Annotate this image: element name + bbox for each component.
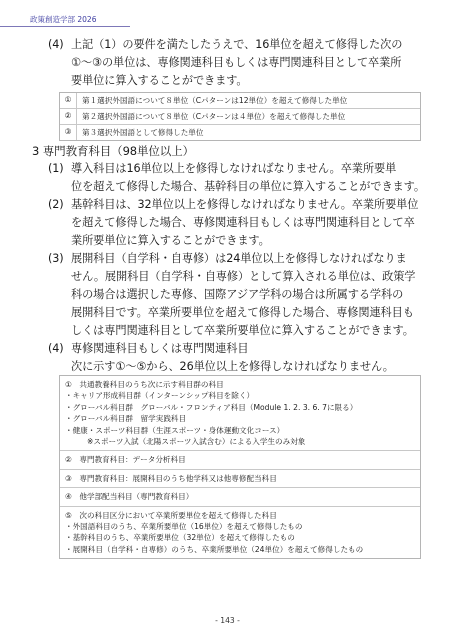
item3-line3: 科の場合は選択した専修、国際アジア学科の場合は所属する学科の (71, 286, 403, 304)
section-line: ・グローバル科目群 グローバル・フロンティア科目（Module 1. 2. 3.… (65, 402, 415, 413)
table-section-3: ③ 専門教育科目：展開科目のうち他学科又は他専修配当科目 (60, 469, 420, 487)
row-number: ③ (60, 125, 77, 140)
row-number: ② (60, 109, 77, 124)
section-line: ② 専門教育科目：データ分析科目 (65, 454, 415, 465)
item3-label: (3) (48, 250, 64, 268)
item3-line1: 展開科目（自学科・自専修）は24単位以上を修得しなければなりま (71, 250, 407, 268)
item2-line1: 基幹科目は、32単位以上を修得しなければなりません。卒業所要単位 (71, 196, 418, 214)
section-line: ・外国語科目のうち、卒業所要単位（16単位）を超えて修得したもの (65, 521, 415, 532)
section-line: ・展開科目（自学科・自専修）のうち、卒業所要単位（24単位）を超えて修得したもの (65, 544, 415, 555)
item2-line3: 業所要単位に算入することができます。 (71, 232, 270, 250)
row-text: 第２選択外国語について８単位（Cパターンは４単位）を超えて修得した単位 (77, 109, 350, 124)
section2-item4-line3: 要単位に算入することができます。 (71, 72, 248, 90)
table-row: ② 第２選択外国語について８単位（Cパターンは４単位）を超えて修得した単位 (60, 108, 420, 124)
table-section-1: ① 共通教養科目のうち次に示す科目群の科目 ・キャリア形成科目群（インターンシッ… (60, 376, 420, 450)
section-line: ③ 専門教育科目：展開科目のうち他学科又は他専修配当科目 (65, 473, 415, 484)
item1-line2: 位を超えて修得した場合、基幹科目の単位に算入することができます。 (71, 178, 425, 196)
row-text: 第３選択外国語として修得した単位 (77, 125, 209, 140)
section-line: ・グローバル科目群 留学実践科目 (65, 413, 415, 424)
section-line: ・基幹科目のうち、卒業所要単位（32単位）を超えて修得したもの (65, 532, 415, 543)
foreign-language-table: ① 第１選択外国語について８単位（Cパターンは12単位）を超えて修得した単位 ②… (59, 92, 421, 141)
section-line: ④ 他学部配当科目（専門教育科目） (65, 491, 415, 502)
item2-line2: を超えて修得した場合、専修関連科目もしくは専門関連科目として卒 (71, 214, 415, 232)
header-title: 政策創造学部 2026 (30, 14, 96, 25)
section2-item4-line1: 上記（1）の要件を満たしたうえで、16単位を超えて修得した次の (71, 36, 402, 54)
section2-item4-line2: ①～③の単位は、専修関連科目もしくは専門関連科目として卒業所 (71, 54, 401, 72)
page-number: - 143 - (0, 616, 455, 625)
table-section-2: ② 専門教育科目：データ分析科目 (60, 450, 420, 468)
item4-label: (4) (48, 340, 64, 358)
header-divider (0, 26, 130, 27)
row-text: 第１選択外国語について８単位（Cパターンは12単位）を超えて修得した単位 (77, 93, 352, 108)
item3-line5: しくは専門関連科目として卒業所要単位に算入することができます。 (71, 322, 414, 340)
table-row: ① 第１選択外国語について８単位（Cパターンは12単位）を超えて修得した単位 (60, 93, 420, 108)
item1-line1: 導入科目は16単位以上を修得しなければなりません。卒業所要単 (71, 160, 396, 178)
section2-item4-label: (4) (48, 36, 64, 54)
section-line: ・健康・スポーツ科目群（生涯スポーツ・身体運動文化コース） (65, 425, 415, 436)
table-section-5: ⑤ 次の科目区分において卒業所要単位を超えて修得した科目 ・外国語科目のうち、卒… (60, 506, 420, 559)
item1-label: (1) (48, 160, 64, 178)
table-row: ③ 第３選択外国語として修得した単位 (60, 124, 420, 140)
item4-line2: 次に示す①～⑤から、26単位以上を修得しなければなりません。 (71, 358, 394, 376)
section-line: ① 共通教養科目のうち次に示す科目群の科目 (65, 379, 415, 390)
section-line: ⑤ 次の科目区分において卒業所要単位を超えて修得した科目 (65, 510, 415, 521)
section-note: ※スポーツ入試（北陽スポーツ入試含む）による入学生のみ対象 (65, 436, 415, 447)
item4-line1: 専修関連科目もしくは専門関連科目 (71, 340, 248, 358)
table-section-4: ④ 他学部配当科目（専門教育科目） (60, 487, 420, 505)
row-number: ① (60, 93, 77, 108)
related-subjects-table: ① 共通教養科目のうち次に示す科目群の科目 ・キャリア形成科目群（インターンシッ… (59, 375, 421, 559)
section-line: ・キャリア形成科目群（インターンシップ科目を除く） (65, 390, 415, 401)
section3-heading: 3 専門教育科目（98単位以上） (32, 142, 194, 160)
item3-line2: せん。展開科目（自学科・自専修）として算入される単位は、政策学 (71, 268, 415, 286)
item2-label: (2) (48, 196, 64, 214)
item3-line4: 展開科目です。卒業所要単位を超えて修得した場合、専修関連科目も (71, 304, 414, 322)
